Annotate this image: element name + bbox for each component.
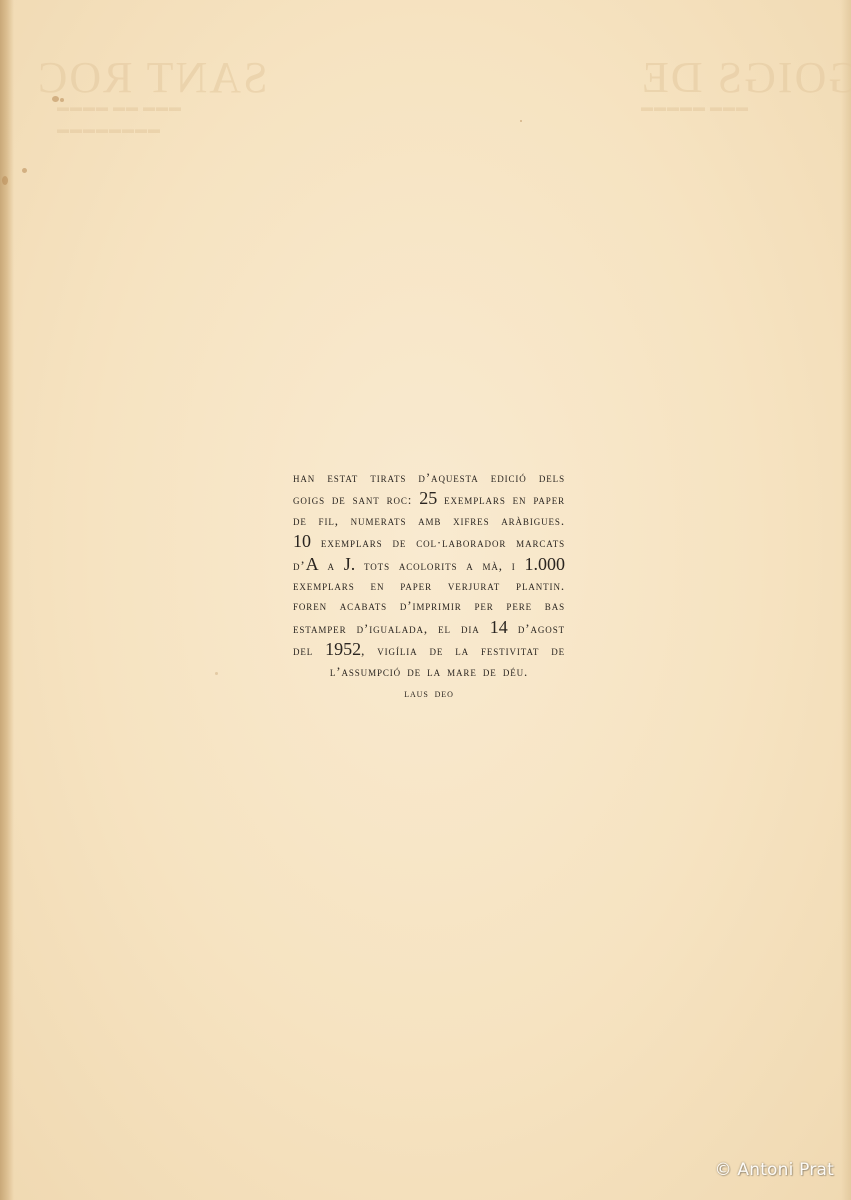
- foxing-spot: [215, 672, 218, 675]
- page-edge: [841, 0, 851, 1200]
- colophon-line-2: goigs de sant roc: 25 exemplars en paper: [293, 488, 565, 510]
- print-year: 1952: [325, 639, 361, 659]
- show-through-text: ▬▬▬▬▬▬▬▬: [56, 122, 160, 137]
- show-through-text: ▬▬▬ ▬▬ ▬▬▬▬: [56, 100, 181, 115]
- colophon-line-1: han estat tirats d’aquesta edició dels: [293, 468, 565, 488]
- colophon-line-4: 10 exemplars de col·laborador marcats: [293, 531, 565, 553]
- copies-count-25: 25: [419, 488, 437, 508]
- foxing-spot: [2, 176, 8, 185]
- colophon-line-7: foren acabats d’imprimir per pere bas: [293, 596, 565, 616]
- colophon-line-8: estamper d’igualada, el dia 14 d’agost: [293, 617, 565, 639]
- colophon-line-10: l’assumpció de la mare de déu.: [293, 662, 565, 682]
- colophon: han estat tirats d’aquesta edició dels g…: [293, 468, 565, 703]
- colophon-line-3: de fil, numerats amb xifres aràbigues.: [293, 511, 565, 531]
- show-through-title-right: GOIGS DE: [640, 52, 851, 103]
- show-through-title-left: SANT ROC: [36, 52, 268, 103]
- copyright-watermark: © Antoni Prat: [715, 1160, 834, 1180]
- paper-page: SANT ROC GOIGS DE ▬▬▬ ▬▬ ▬▬▬▬ ▬▬▬▬▬▬▬▬ ▬…: [0, 0, 851, 1200]
- colophon-line-5: d’A a J. tots acolorits a mà, i 1.000: [293, 554, 565, 576]
- copyright-icon: ©: [715, 1160, 732, 1180]
- watermark-text: Antoni Prat: [737, 1160, 834, 1180]
- show-through-text: ▬▬▬ ▬▬▬▬▬: [640, 100, 748, 115]
- colophon-line-6: exemplars en paper verjurat plantin.: [293, 576, 565, 596]
- print-day: 14: [490, 617, 508, 637]
- copies-count-1000: 1.000: [525, 554, 566, 574]
- colophon-closing: laus deo: [293, 683, 565, 703]
- foxing-spot: [22, 168, 27, 173]
- copies-count-10: 10: [293, 531, 311, 551]
- colophon-line-9: del 1952, vigília de la festivitat de: [293, 639, 565, 661]
- foxing-spot: [520, 120, 522, 122]
